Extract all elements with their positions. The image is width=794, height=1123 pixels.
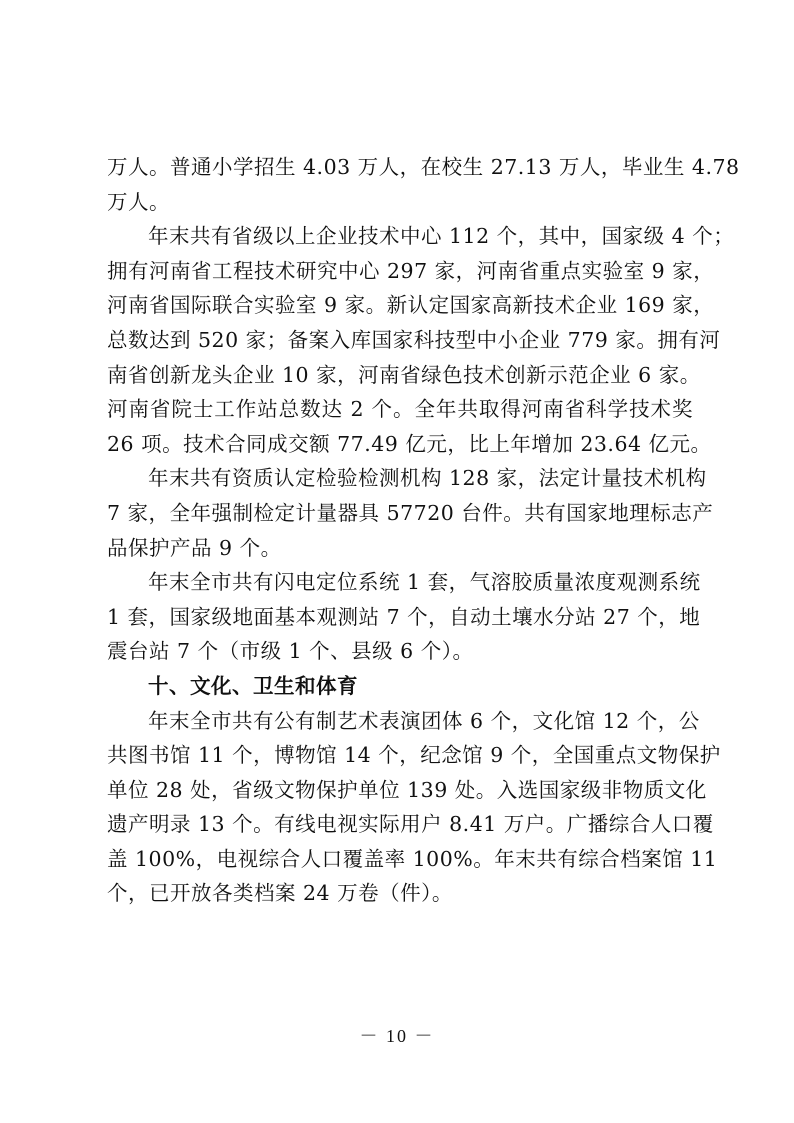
text-line: 盖 100%，电视综合人口覆盖率 100%。年末共有综合档案馆 11: [107, 842, 693, 877]
text-line: 南省创新龙头企业 10 家，河南省绿色技术创新示范企业 6 家。: [107, 358, 693, 393]
text-line: 震台站 7 个（市级 1 个、县级 6 个）。: [107, 634, 693, 669]
text-line: 共图书馆 11 个，博物馆 14 个，纪念馆 9 个，全国重点文物保护: [107, 738, 693, 773]
text-line: 万人。普通小学招生 4.03 万人，在校生 27.13 万人，毕业生 4.78: [107, 150, 693, 185]
text-line: 7 家，全年强制检定计量器具 57720 台件。共有国家地理标志产: [107, 496, 693, 531]
text-line: 遗产明录 13 个。有线电视实际用户 8.41 万户。广播综合人口覆: [107, 807, 693, 842]
text-line: 26 项。技术合同成交额 77.49 亿元，比上年增加 23.64 亿元。: [107, 427, 693, 462]
text-line: 万人。: [107, 185, 693, 220]
text-line: 年末共有资质认定检验检测机构 128 家，法定计量技术机构: [107, 461, 693, 496]
page-number: － 10 －: [0, 1022, 794, 1048]
text-line: 品保护产品 9 个。: [107, 531, 693, 566]
text-line: 河南省院士工作站总数达 2 个。全年共取得河南省科学技术奖: [107, 392, 693, 427]
text-line: 河南省国际联合实验室 9 家。新认定国家高新技术企业 169 家，: [107, 288, 693, 323]
text-line: 年末全市共有闪电定位系统 1 套，气溶胶质量浓度观测系统: [107, 565, 693, 600]
text-line: 总数达到 520 家；备案入库国家科技型中小企业 779 家。拥有河: [107, 323, 693, 358]
document-body: 万人。普通小学招生 4.03 万人，在校生 27.13 万人，毕业生 4.78 …: [107, 150, 693, 911]
text-line: 年末共有省级以上企业技术中心 112 个，其中，国家级 4 个；: [107, 219, 693, 254]
section-heading: 十、文化、卫生和体育: [107, 669, 693, 704]
text-line: 个，已开放各类档案 24 万卷（件）。: [107, 876, 693, 911]
text-line: 1 套，国家级地面基本观测站 7 个，自动土壤水分站 27 个，地: [107, 600, 693, 635]
text-line: 单位 28 处，省级文物保护单位 139 处。入选国家级非物质文化: [107, 773, 693, 808]
text-line: 年末全市共有公有制艺术表演团体 6 个，文化馆 12 个，公: [107, 704, 693, 739]
text-line: 拥有河南省工程技术研究中心 297 家，河南省重点实验室 9 家，: [107, 254, 693, 289]
